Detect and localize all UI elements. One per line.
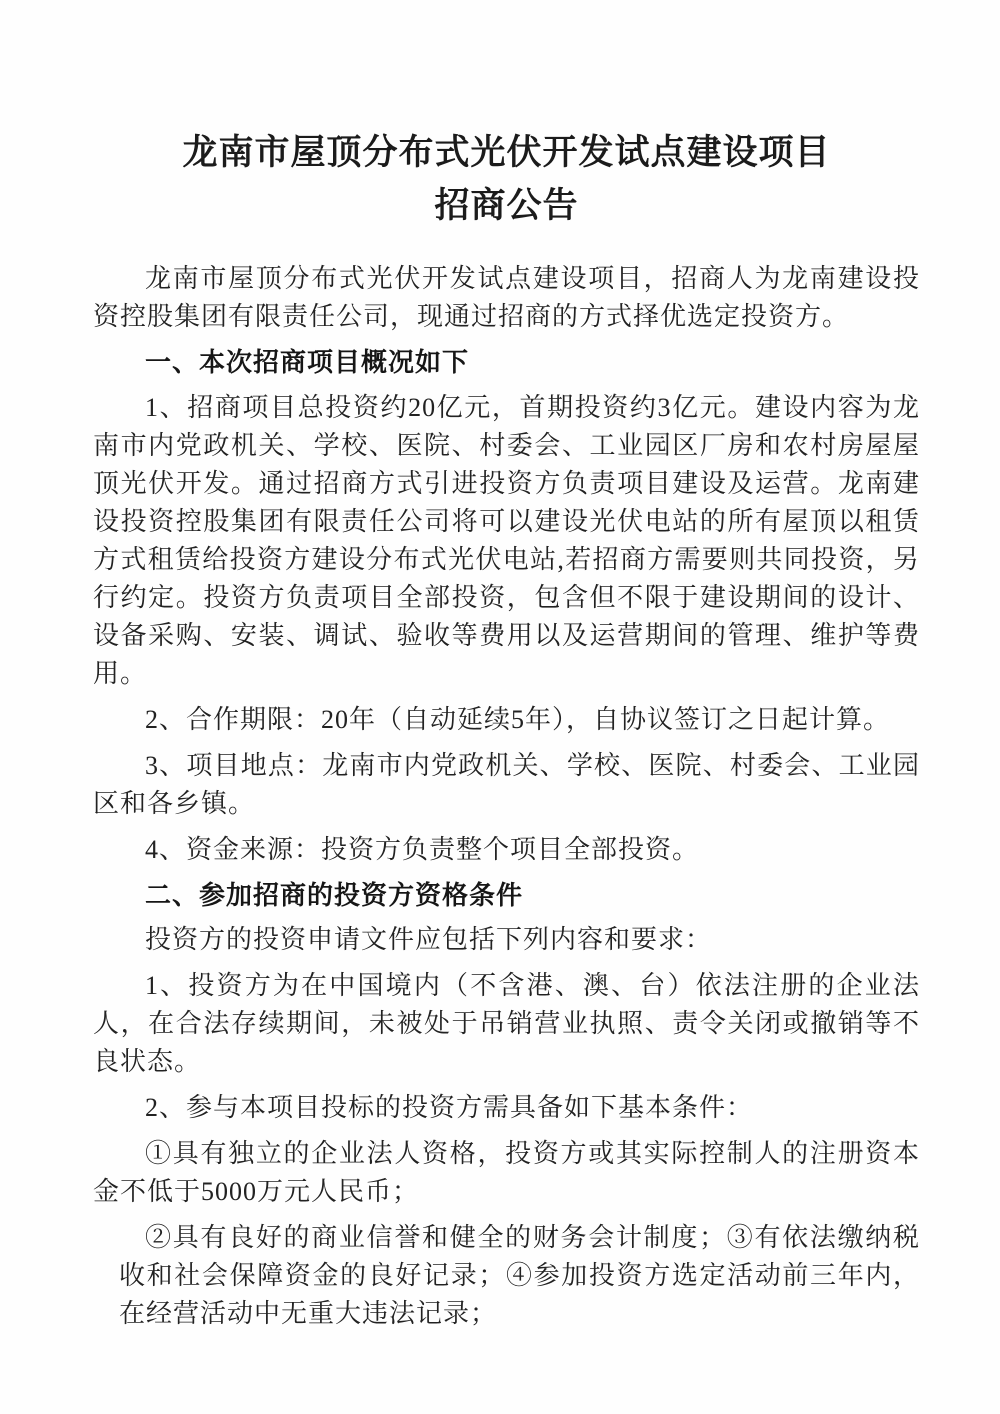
title-line-1: 龙南市屋顶分布式光伏开发试点建设项目 [93,126,920,179]
paragraph-basic-conditions-intro: 2、参与本项目投标的投资方需具备如下基本条件： [93,1089,920,1127]
title-line-2: 招商公告 [93,179,920,232]
paragraph-project-overview: 1、招商项目总投资约20亿元，首期投资约3亿元。建设内容为龙南市内党政机关、学校… [93,389,920,693]
paragraph-application-requirements: 投资方的投资申请文件应包括下列内容和要求： [93,921,920,959]
paragraph-condition-1: ①具有独立的企业法人资格，投资方或其实际控制人的注册资本金不低于5000万元人民… [93,1135,920,1211]
document-body: 龙南市屋顶分布式光伏开发试点建设项目，招商人为龙南建设投资控股集团有限责任公司，… [93,260,920,1333]
paragraph-conditions-2-3-4: ②具有良好的商业信誉和健全的财务会计制度；③有依法缴纳税收和社会保障资金的良好记… [93,1219,920,1333]
paragraph-legal-entity-requirement: 1、投资方为在中国境内（不含港、澳、台）依法注册的企业法人，在合法存续期间，未被… [93,967,920,1081]
paragraph-intro: 龙南市屋顶分布式光伏开发试点建设项目，招商人为龙南建设投资控股集团有限责任公司，… [93,260,920,336]
paragraph-funding-source: 4、资金来源：投资方负责整个项目全部投资。 [93,831,920,869]
section-heading-2: 二、参加招商的投资方资格条件 [93,876,920,914]
document-page: 龙南市屋顶分布式光伏开发试点建设项目 招商公告 龙南市屋顶分布式光伏开发试点建设… [0,0,1000,1414]
paragraph-project-location: 3、项目地点：龙南市内党政机关、学校、医院、村委会、工业园区和各乡镇。 [93,747,920,823]
paragraph-cooperation-term: 2、合作期限：20年（自动延续5年），自协议签订之日起计算。 [93,701,920,739]
section-heading-1: 一、本次招商项目概况如下 [93,343,920,381]
document-title: 龙南市屋顶分布式光伏开发试点建设项目 招商公告 [93,126,920,232]
